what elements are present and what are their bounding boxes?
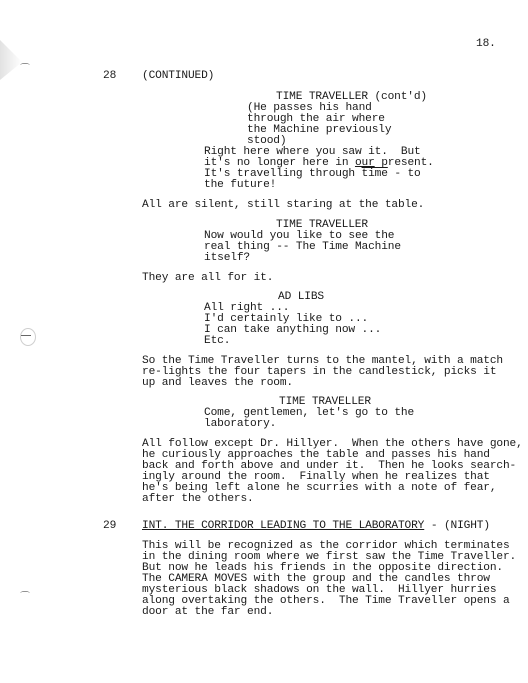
action-line: up and leaves the room. — [142, 377, 293, 389]
scene-number: 28 — [103, 70, 116, 82]
dialogue-line: Etc. — [204, 335, 230, 347]
action-line: All are silent, still staring at the tab… — [142, 199, 424, 211]
script-page: ⌒ ⌒ 18. 28 (CONTINUED) TIME TRAVELLER (c… — [0, 0, 528, 683]
scan-shadow — [0, 40, 22, 80]
dialogue-line: itself? — [204, 252, 250, 264]
scene-heading: (CONTINUED) — [142, 70, 214, 82]
emphasis-time: time — [362, 168, 388, 180]
action-line: They are all for it. — [142, 272, 273, 284]
dialogue-line: the future! — [204, 179, 276, 191]
pencil-check-mark-icon: ⌒ — [20, 588, 30, 603]
scene-number: 29 — [103, 520, 116, 532]
pencil-check-mark-icon: ⌒ — [20, 60, 30, 75]
dialogue-line: I can take anything now ... — [204, 324, 381, 336]
punch-hole-icon — [20, 328, 36, 346]
action-line: door at the far end. — [142, 606, 273, 618]
scene-heading-time: - (NIGHT) — [424, 520, 490, 532]
action-line: after the others. — [142, 493, 254, 505]
scene-heading-location: INT. THE CORRIDOR LEADING TO THE LABORAT… — [142, 520, 424, 532]
scene-heading: INT. THE CORRIDOR LEADING TO THE LABORAT… — [142, 520, 490, 532]
dialogue-line: laboratory. — [204, 418, 276, 430]
page-number: 18. — [476, 38, 496, 50]
